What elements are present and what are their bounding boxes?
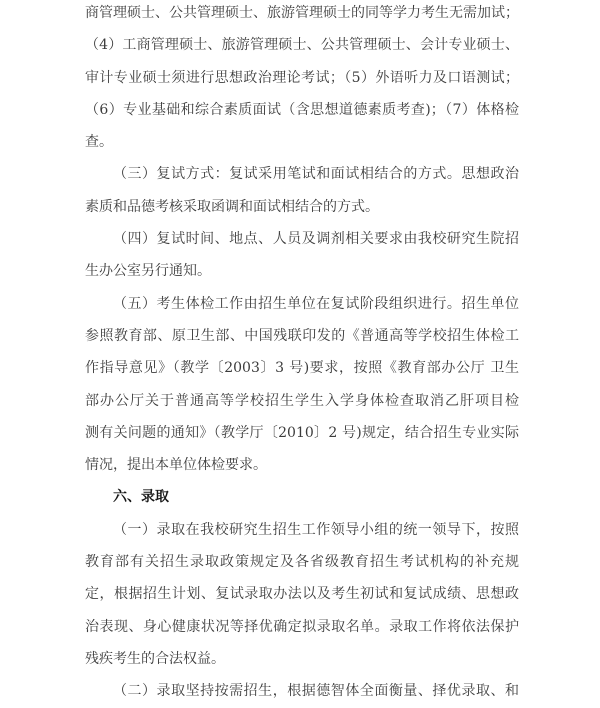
document-line: （二）录取坚持按需招生，根据德智体全面衡量、择优录取、和 (85, 675, 519, 707)
document-line: 商管理硕士、公共管理硕士、旅游管理硕士的同等学力考生无需加试； (85, 0, 519, 29)
document-page: 商管理硕士、公共管理硕士、旅游管理硕士的同等学力考生无需加试； （4）工商管理硕… (0, 0, 600, 708)
document-line: 素质和品德考核采取函调和面试相结合的方式。 (85, 191, 519, 223)
document-line: 作指导意见》（教学〔2003〕3 号)要求，按照《教育部办公厅 卫生 (85, 352, 519, 384)
document-line: （4）工商管理硕士、旅游管理硕士、公共管理硕士、会计专业硕士、 (85, 29, 519, 61)
document-line: （6）专业基础和综合素质面试（含思想道德素质考查)；（7）体格检 (85, 94, 519, 126)
document-line: 生办公室另行通知。 (85, 255, 519, 287)
document-line: 定，根据招生计划、复试录取办法以及考生初试和复试成绩、思想政 (85, 578, 519, 610)
document-line: （三）复试方式：复试采用笔试和面试相结合的方式。思想政治 (85, 158, 519, 190)
document-line: 参照教育部、原卫生部、中国残联印发的《普通高等学校招生体检工 (85, 320, 519, 352)
document-line: （四）复试时间、地点、人员及调剂相关要求由我校研究生院招 (85, 223, 519, 255)
document-line: （五）考生体检工作由招生单位在复试阶段组织进行。招生单位 (85, 288, 519, 320)
document-line: 情况，提出本单位体检要求。 (85, 449, 519, 481)
document-line: 教育部有关招生录取政策规定及各省级教育招生考试机构的补充规 (85, 546, 519, 578)
document-line: 测有关问题的通知》（教学厅〔2010〕2 号)规定，结合招生专业实际 (85, 417, 519, 449)
document-line: 审计专业硕士须进行思想政治理论考试；（5）外语听力及口语测试； (85, 62, 519, 94)
document-line: 查。 (85, 126, 519, 158)
document-line: （一）录取在我校研究生招生工作领导小组的统一领导下，按照 (85, 514, 519, 546)
document-line: 残疾考生的合法权益。 (85, 643, 519, 675)
document-line: 部办公厅关于普通高等学校招生学生入学身体检查取消乙肝项目检 (85, 385, 519, 417)
document-text-block: 商管理硕士、公共管理硕士、旅游管理硕士的同等学力考生无需加试； （4）工商管理硕… (85, 0, 519, 708)
section-heading-enrollment: 六、录取 (85, 481, 519, 513)
document-line: 治表现、身心健康状况等择优确定拟录取名单。录取工作将依法保护 (85, 611, 519, 643)
